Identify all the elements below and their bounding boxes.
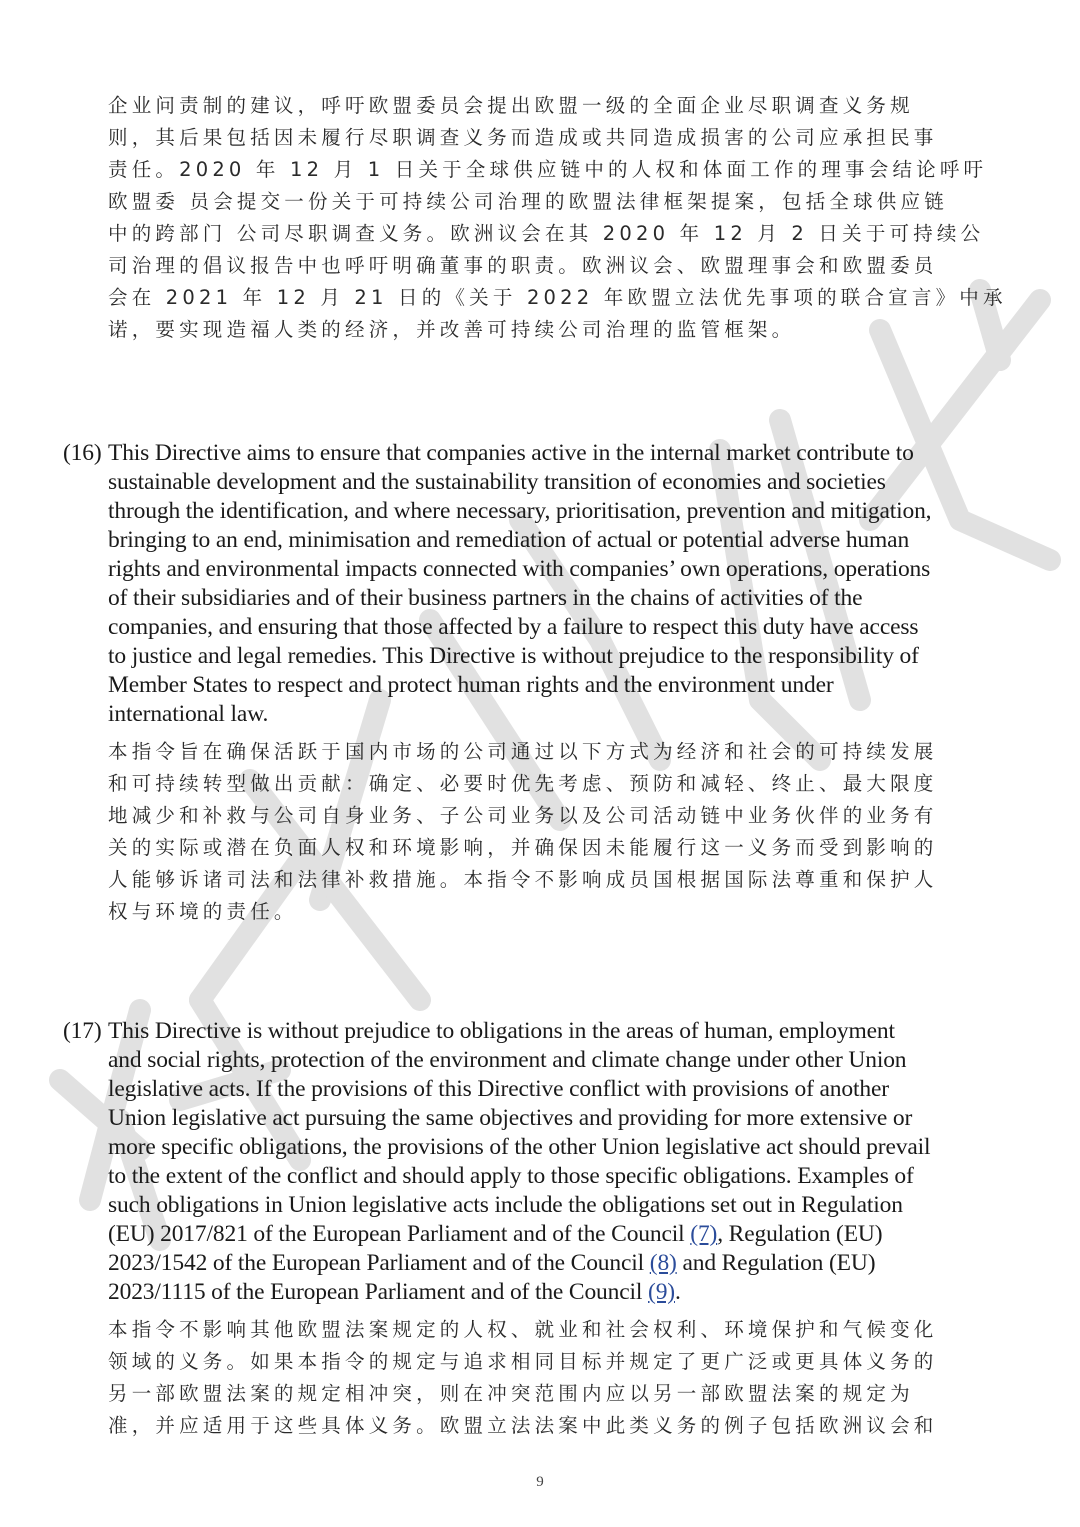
text-line: 和可持续转型做出贡献：确定、必要时优先考虑、预防和减轻、终止、最大限度: [108, 768, 938, 796]
footnote-link-9[interactable]: (9): [648, 1279, 675, 1305]
text-line: 领域的义务。如果本指令的规定与追求相同目标并规定了更广泛或更具体义务的: [108, 1346, 938, 1374]
text-line: 本指令不影响其他欧盟法案规定的人权、就业和社会权利、环境保护和气候变化: [108, 1314, 938, 1342]
text-line: 关的实际或潜在负面人权和环境影响，并确保因未能履行这一义务而受到影响的: [108, 832, 938, 860]
recital-number: (17): [63, 1018, 102, 1045]
page-number: 9: [0, 1474, 1080, 1491]
text-line: 则，其后果包括因未履行尽职调查义务而造成或共同造成损害的公司应承担民事: [108, 122, 938, 150]
text-line: This Directive is without prejudice to o…: [108, 1018, 895, 1045]
text-line: sustainable development and the sustaina…: [108, 469, 886, 496]
text-segment: and Regulation (EU): [677, 1250, 876, 1276]
footnote-link-7[interactable]: (7): [690, 1221, 717, 1247]
text-segment: 2023/1115 of the European Parliament and…: [108, 1279, 648, 1305]
text-line: This Directive aims to ensure that compa…: [108, 440, 914, 467]
text-segment: (EU) 2017/821 of the European Parliament…: [108, 1221, 690, 1247]
text-line: 地减少和补救与公司自身业务、子公司业务以及公司活动链中业务伙伴的业务有: [108, 800, 938, 828]
text-segment: , Regulation (EU): [717, 1221, 882, 1247]
text-line: more specific obligations, the provision…: [108, 1134, 930, 1161]
text-line: 人能够诉诸司法和法律补救措施。本指令不影响成员国根据国际法尊重和保护人: [108, 864, 938, 892]
text-line: 2023/1542 of the European Parliament and…: [108, 1250, 875, 1277]
text-line: rights and environmental impacts connect…: [108, 556, 930, 583]
footnote-link-8[interactable]: (8): [650, 1250, 677, 1276]
text-line: companies, and ensuring that those affec…: [108, 614, 918, 641]
text-line: 本指令旨在确保活跃于国内市场的公司通过以下方式为经济和社会的可持续发展: [108, 736, 938, 764]
text-line: such obligations in Union legislative ac…: [108, 1192, 903, 1219]
text-line: 准，并应适用于这些具体义务。欧盟立法法案中此类义务的例子包括欧洲议会和: [108, 1410, 938, 1438]
text-line: 企业问责制的建议，呼吁欧盟委员会提出欧盟一级的全面企业尽职调查义务规: [108, 90, 914, 118]
text-segment: 2023/1542 of the European Parliament and…: [108, 1250, 650, 1276]
recital-number: (16): [63, 440, 102, 467]
text-line: 另一部欧盟法案的规定相冲突，则在冲突范围内应以另一部欧盟法案的规定为: [108, 1378, 914, 1406]
text-line: 诺，要实现造福人类的经济，并改善可持续公司治理的监管框架。: [108, 314, 795, 342]
text-line: 权与环境的责任。: [108, 896, 298, 924]
text-line: 会在 2021 年 12 月 21 日的《关于 2022 年欧盟立法优先事项的联…: [108, 282, 1007, 310]
text-line: legislative acts. If the provisions of t…: [108, 1076, 889, 1103]
text-line: bringing to an end, minimisation and rem…: [108, 527, 909, 554]
text-line: 欧盟委 员会提交一份关于可持续公司治理的欧盟法律框架提案，包括全球供应链: [108, 186, 948, 214]
text-line: Member States to respect and protect hum…: [108, 672, 834, 699]
text-line: 司治理的倡议报告中也呼吁明确董事的职责。欧洲议会、欧盟理事会和欧盟委员: [108, 250, 938, 278]
text-line: (EU) 2017/821 of the European Parliament…: [108, 1221, 882, 1248]
text-line: to justice and legal remedies. This Dire…: [108, 643, 919, 670]
text-line: 中的跨部门 公司尽职调查义务。欧洲议会在其 2020 年 12 月 2 日关于可…: [108, 218, 984, 246]
text-line: 责任。2020 年 12 月 1 日关于全球供应链中的人权和体面工作的理事会结论…: [108, 154, 987, 182]
text-line: 2023/1115 of the European Parliament and…: [108, 1279, 681, 1306]
document-page: 企业问责制的建议，呼吁欧盟委员会提出欧盟一级的全面企业尽职调查义务规 则，其后果…: [0, 0, 1080, 1527]
text-line: and social rights, protection of the env…: [108, 1047, 906, 1074]
text-line: to the extent of the conflict and should…: [108, 1163, 914, 1190]
text-segment: .: [675, 1279, 681, 1305]
text-line: of their subsidiaries and of their busin…: [108, 585, 862, 612]
text-line: international law.: [108, 701, 268, 728]
text-line: through the identification, and where ne…: [108, 498, 931, 525]
text-line: Union legislative act pursuing the same …: [108, 1105, 912, 1132]
